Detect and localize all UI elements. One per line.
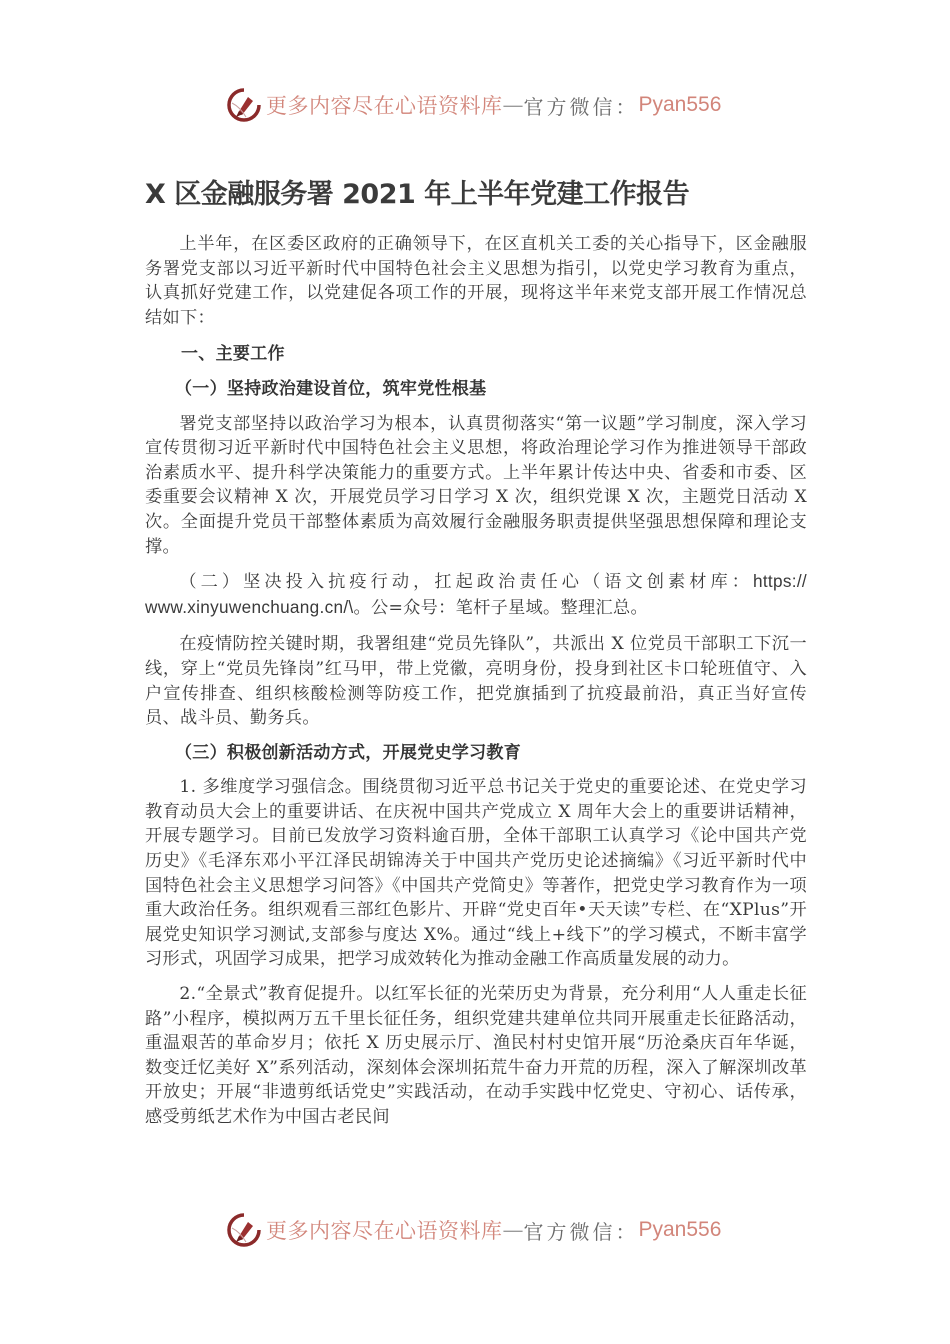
source-url-part2: www.xinyuwenchuang.cn/\ [145, 597, 353, 617]
source-url-part1: https:// [753, 571, 807, 591]
watermark-dash: — [503, 93, 524, 117]
subsection-2-body: 在疫情防控关键时期，我署组建“党员先锋队”，共派出 X 位党员干部职工下沉一线，… [145, 632, 807, 730]
watermark-wechat-id: Pyan556 [639, 1218, 722, 1242]
intro-paragraph: 上半年，在区委区政府的正确领导下，在区直机关工委的关心指导下，区金融服务署党支部… [145, 232, 807, 330]
header-watermark-banner: 更多内容尽在心语资料库 — 官方微信： Pyan556 [226, 85, 721, 125]
watermark-site-text: 更多内容尽在心语资料库 [266, 1215, 503, 1245]
subsection-heading-2: （二）坚决投入抗疫行动，扛起政治责任心（语文创素材库：https:// www.… [145, 569, 807, 620]
watermark-site-text: 更多内容尽在心语资料库 [266, 90, 503, 120]
subsection-2-heading-prefix: （二）坚决投入抗疫行动，扛起政治责任心（语文创素材库： [179, 572, 753, 592]
subsection-heading-3: （三）积极创新活动方式，开展党史学习教育 [175, 741, 807, 766]
pen-nib-circle-icon [226, 87, 262, 123]
watermark-wechat-label: 官方微信： [524, 91, 639, 120]
watermark-wechat-label: 官方微信： [524, 1216, 639, 1245]
subsection-3-item-2: 2.“全景式”教育促提升。以红军长征的光荣历史为背景，充分利用“人人重走长征路”… [145, 982, 807, 1130]
footer-watermark-banner: 更多内容尽在心语资料库 — 官方微信： Pyan556 [226, 1210, 721, 1250]
document-page: X 区金融服务署 2021 年上半年党建工作报告 上半年，在区委区政府的正确领导… [145, 170, 807, 1130]
watermark-wechat-id: Pyan556 [639, 93, 722, 117]
subsection-1-body: 署党支部坚持以政治学习为根本，认真贯彻落实“第一议题”学习制度，深入学习宣传贯彻… [145, 412, 807, 560]
subsection-3-item-1: 1. 多维度学习强信念。围绕贯彻习近平总书记关于党史的重要论述、在党史学习教育动… [145, 775, 807, 972]
section-heading-main-work: 一、主要工作 [181, 342, 807, 367]
subsection-heading-1: （一）坚持政治建设首位，筑牢党性根基 [175, 377, 807, 402]
subsection-2-heading-suffix: 。公=众号：笔杆子星域。整理汇总。 [353, 598, 648, 618]
pen-nib-circle-icon [226, 1212, 262, 1248]
document-title: X 区金融服务署 2021 年上半年党建工作报告 [145, 170, 807, 220]
watermark-dash: — [503, 1218, 524, 1242]
